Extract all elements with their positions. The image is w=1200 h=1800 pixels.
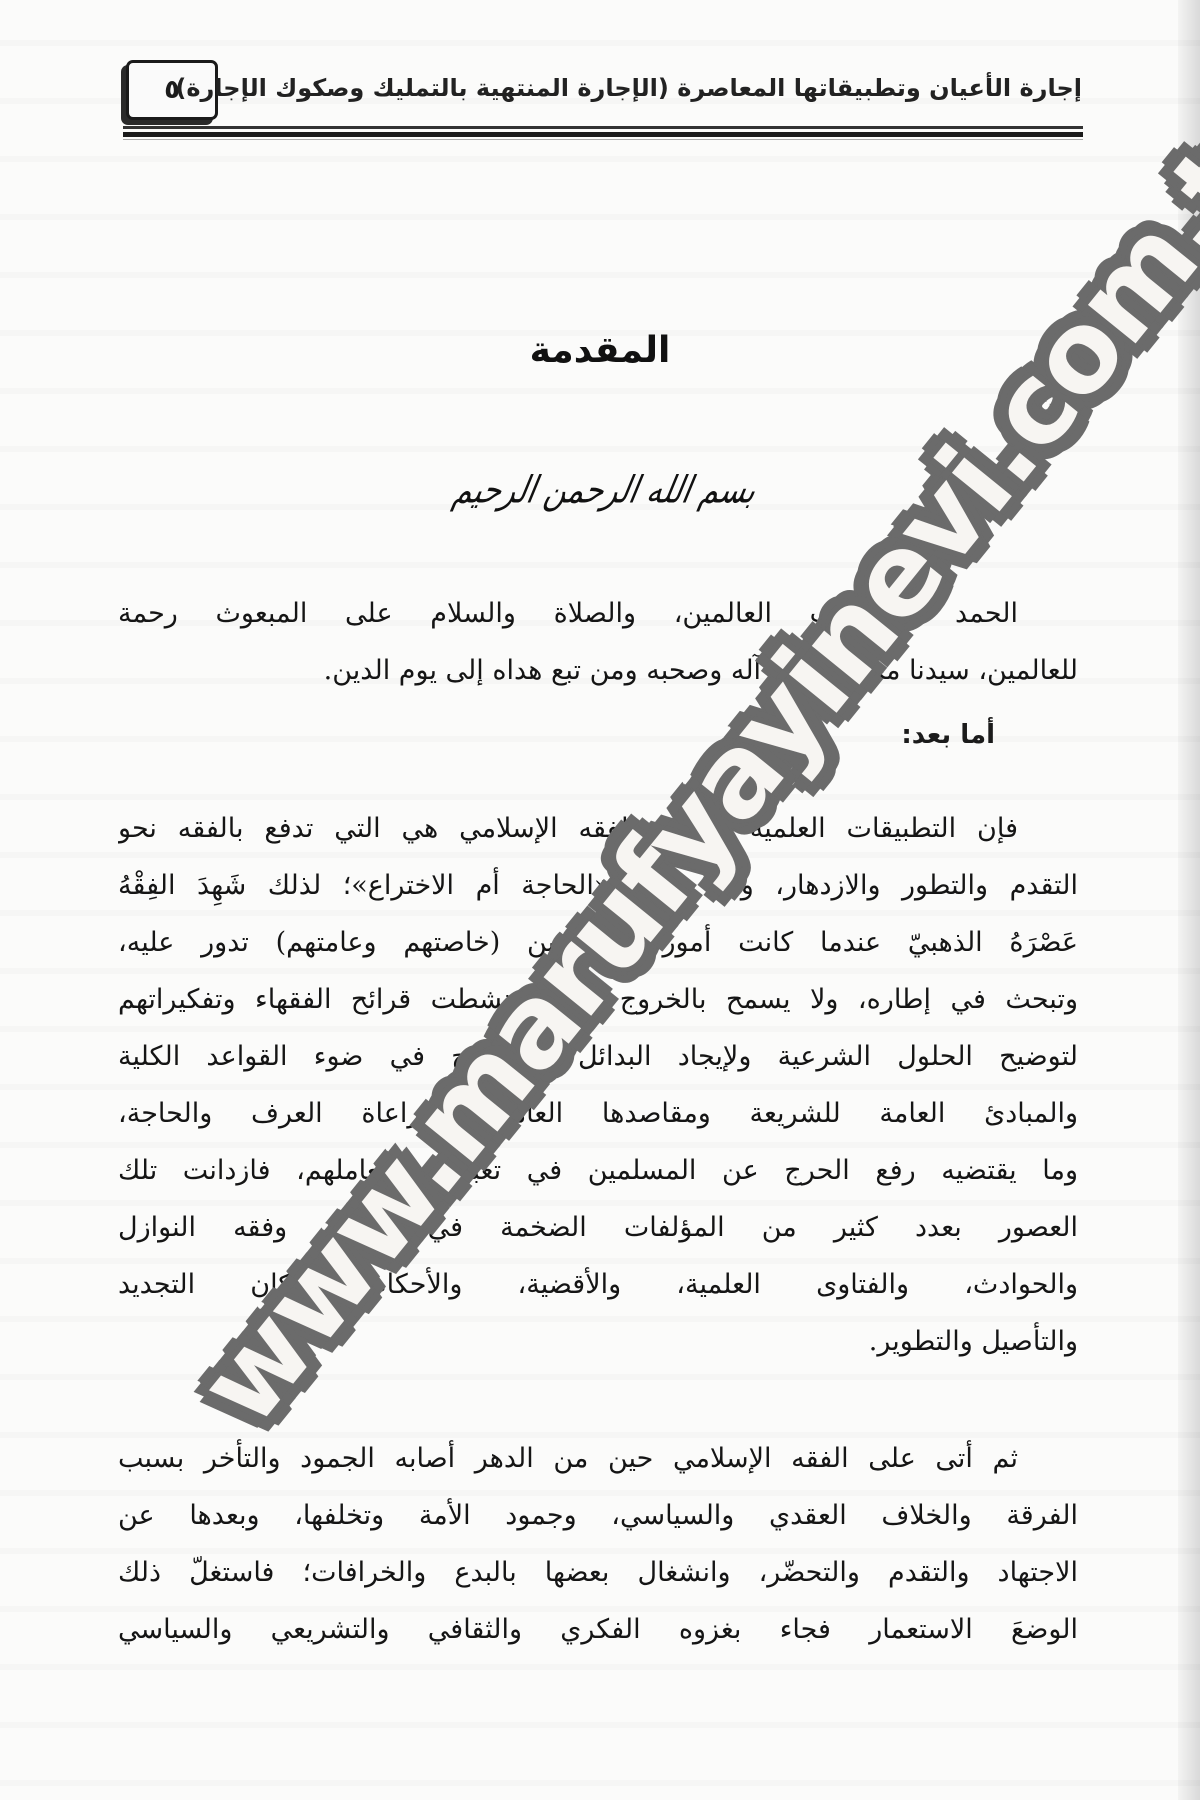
text-line: عَصْرَهُ الذهبيّ عندما كانت أمور المسلمي… xyxy=(118,914,1078,971)
text-line: الحمد لله رب العالمين، والصلاة والسلام ع… xyxy=(118,585,1078,642)
text-line: والمبادئ العامة للشريعة ومقاصدها العامة،… xyxy=(118,1085,1078,1142)
text-line: فإن التطبيقات العلمية لأحكام الفقه الإسل… xyxy=(118,800,1078,857)
basmala-calligraphy: بسم الله الرحمن الرحيم xyxy=(480,450,730,530)
text-line: ثم أتى على الفقه الإسلامي حين من الدهر أ… xyxy=(118,1430,1078,1487)
page-edge-shadow xyxy=(1178,0,1200,1800)
rule-line-thin xyxy=(123,126,1083,129)
paragraph-decline: ثم أتى على الفقه الإسلامي حين من الدهر أ… xyxy=(118,1430,1078,1658)
text-line: وتبحث في إطاره، ولا يسمح بالخروج عليه، ف… xyxy=(118,971,1078,1028)
running-header: ٥ إجارة الأعيان وتطبيقاتها المعاصرة (الإ… xyxy=(120,60,1082,120)
text-line: لتوضيح الحلول الشرعية ولإيجاد البدائل وا… xyxy=(118,1028,1078,1085)
paragraph-opening: الحمد لله رب العالمين، والصلاة والسلام ع… xyxy=(118,585,1078,699)
text-line: للعالمين، سيدنا محمد وعلى آله وصحبه ومن … xyxy=(118,642,1078,699)
text-line: التقدم والتطور والازدهار، وكما قيل: «الح… xyxy=(118,857,1078,914)
rule-line-thick xyxy=(123,132,1083,137)
text-line: وما يقتضيه رفع الحرج عن المسلمين في تعبد… xyxy=(118,1142,1078,1199)
basmala-text: بسم الله الرحمن الرحيم xyxy=(450,468,761,512)
text-line: العصور بعدد كثير من المؤلفات الضخمة في ا… xyxy=(118,1199,1078,1256)
text-line: الوضعَ الاستعمار فجاء بغزوه الفكري والثق… xyxy=(118,1601,1078,1658)
header-double-rule xyxy=(123,126,1083,140)
section-lead-in: أما بعد: xyxy=(901,720,995,750)
text-line: والتأصيل والتطوير. xyxy=(118,1313,1078,1370)
running-title: إجارة الأعيان وتطبيقاتها المعاصرة (الإجا… xyxy=(175,74,1082,102)
rule-line-hairline xyxy=(123,139,1083,140)
text-line: الاجتهاد والتقدم والتحضّر، وانشغال بعضها… xyxy=(118,1544,1078,1601)
text-line: الفرقة والخلاف العقدي والسياسي، وجمود ال… xyxy=(118,1487,1078,1544)
paragraph-applications: فإن التطبيقات العلمية لأحكام الفقه الإسل… xyxy=(118,800,1078,1370)
text-line: والحوادث، والفتاوى العلمية، والأقضية، وا… xyxy=(118,1256,1078,1313)
chapter-title: المقدمة xyxy=(0,330,1200,371)
